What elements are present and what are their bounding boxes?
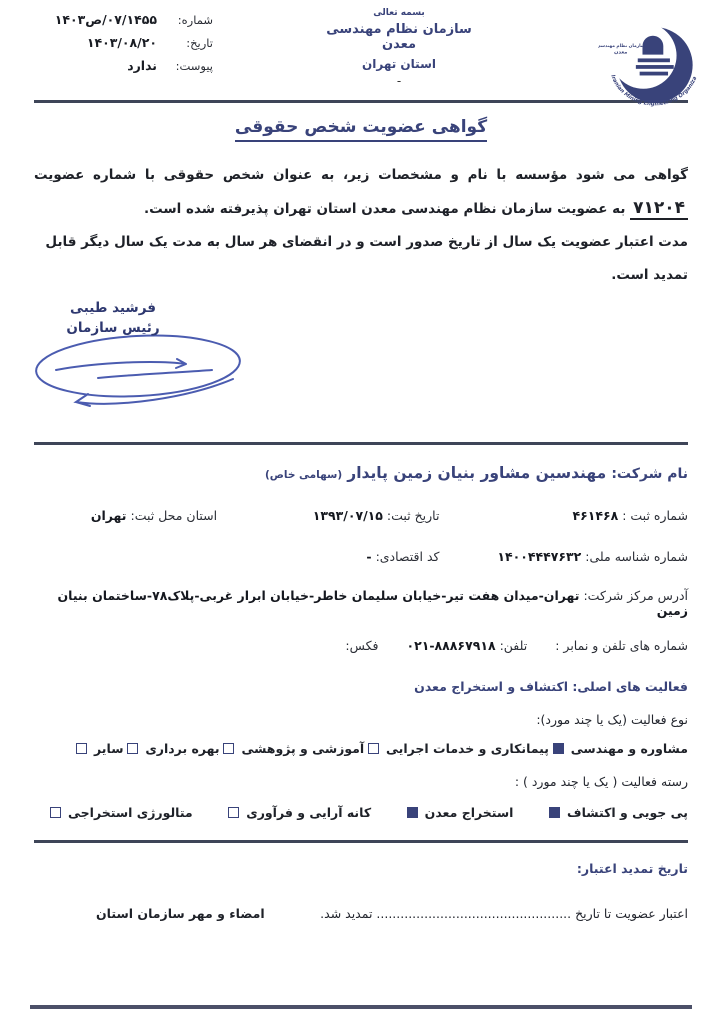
renewal-section: تاریخ تمدید اعتبار: اعتبار عضویت تا تاری… — [0, 861, 722, 921]
signature-block: فرشید طیبی رئیس سازمان — [28, 298, 258, 338]
checkbox-icon[interactable] — [407, 807, 418, 818]
fax-label: فکس: — [345, 638, 378, 653]
national-id-row: شماره شناسه ملی: ۱۴۰۰۴۴۴۷۶۳۲ کد اقتصادی:… — [34, 549, 688, 564]
phones-row: شماره های تلفن و نمابر : تلفن: ۸۸۸۶۷۹۱۸-… — [34, 638, 688, 653]
company-name-row: نام شرکت: مهندسین مشاور بنیان زمین پایدا… — [34, 463, 688, 482]
option-exploitation[interactable]: بهره برداری — [127, 741, 219, 756]
registration-date-value: ۱۳۹۳/۰۷/۱۵ — [313, 508, 383, 523]
logo-fa-text-line1: سازمان نظام مهندسی — [598, 44, 645, 49]
signatory: فرشید طیبی رئیس سازمان — [28, 298, 258, 338]
renewal-rule — [34, 840, 688, 843]
registration-date-field: تاریخ ثبت: ۱۳۹۳/۰۷/۱۵ — [217, 508, 439, 523]
option-education-research[interactable]: آموزشی و پژوهشی — [223, 741, 364, 756]
org-header: بسمه تعالی سازمان نظام مهندسی معدن استان… — [314, 8, 484, 88]
company-type: (سهامی خاص) — [265, 469, 342, 481]
letter-number-label: شماره: — [157, 13, 213, 27]
validity-sentence: مدت اعتبار عضویت یک سال از تاریخ صدور اس… — [34, 226, 688, 292]
renewal-sign-stamp-label: امضاء و مهر سازمان استان — [96, 906, 265, 921]
national-id-value: ۱۴۰۰۴۴۴۷۶۳۲ — [497, 549, 581, 564]
checkbox-icon[interactable] — [76, 743, 87, 754]
intro-part1: گواهی می شود مؤسسه با نام و مشخصات زیر، … — [34, 167, 688, 183]
signatory-name: فرشید طیبی — [28, 298, 198, 318]
checkbox-icon[interactable] — [228, 807, 239, 818]
signatory-role: رئیس سازمان — [28, 318, 198, 338]
registration-row: شماره ثبت : ۴۶۱۴۶۸ تاریخ ثبت: ۱۳۹۳/۰۷/۱۵… — [34, 508, 688, 523]
letter-date-row: تاریخ: ۱۴۰۳/۰۸/۲۰ — [38, 35, 213, 50]
checkbox-icon[interactable] — [368, 743, 379, 754]
checkbox-icon[interactable] — [549, 807, 560, 818]
renewal-row: اعتبار عضویت تا تاریخ ..................… — [34, 906, 688, 921]
economic-code-field: کد اقتصادی: - — [217, 549, 439, 564]
intro-part2: به عضویت سازمان نظام مهندسی معدن استان ت… — [144, 201, 625, 217]
registration-number-field: شماره ثبت : ۴۶۱۴۶۸ — [439, 508, 688, 523]
org-province: استان تهران — [314, 57, 484, 71]
registration-province-field: استان محل ثبت: تهران — [34, 508, 217, 523]
letter-attachment-value: ندارد — [127, 58, 157, 73]
bottom-rule — [30, 1005, 692, 1009]
option-mineral-processing[interactable]: کانه آرایی و فرآوری — [228, 805, 371, 820]
company-section: نام شرکت: مهندسین مشاور بنیان زمین پایدا… — [0, 463, 722, 840]
letter-date-label: تاریخ: — [157, 36, 213, 50]
checkbox-icon[interactable] — [127, 743, 138, 754]
national-id-field: شماره شناسه ملی: ۱۴۰۰۴۴۴۷۶۳۲ — [439, 549, 688, 564]
option-extractive-metallurgy[interactable]: متالورژی استخراجی — [50, 805, 193, 820]
document-title: گواهی عضویت شخص حقوقی — [235, 117, 487, 142]
org-name: سازمان نظام مهندسی معدن — [314, 22, 484, 52]
logo-fa-text-line2: معدن — [614, 50, 627, 56]
phones-label: شماره های تلفن و نمابر : — [555, 638, 688, 653]
registration-number-value: ۴۶۱۴۶۸ — [572, 508, 618, 523]
activity-type-label: نوع فعالیت (یک یا چند مورد): — [34, 712, 688, 727]
option-prospecting-exploration[interactable]: پی جویی و اکتشاف — [549, 805, 688, 820]
phone-value: ۸۸۸۶۷۹۱۸-۰۲۱ — [406, 638, 495, 653]
address-label: آدرس مرکز شرکت: — [583, 588, 688, 603]
checkbox-icon[interactable] — [223, 743, 234, 754]
renewal-heading: تاریخ تمدید اعتبار: — [34, 861, 688, 876]
option-consulting-engineering[interactable]: مشاوره و مهندسی — [553, 741, 688, 756]
main-activities-value: اکتشاف و استخراج معدن — [414, 679, 568, 694]
registration-province-value: تهران — [91, 508, 127, 523]
company-name-label: نام شرکت: — [611, 466, 688, 482]
certificate-page: شماره: ۰۷/۱۴۵۵/ص۱۴۰۳ تاریخ: ۱۴۰۳/۰۸/۲۰ پ… — [0, 0, 722, 1024]
letterhead: شماره: ۰۷/۱۴۵۵/ص۱۴۰۳ تاریخ: ۱۴۰۳/۰۸/۲۰ پ… — [0, 0, 722, 100]
header-dash: - — [314, 74, 484, 88]
phone-field: تلفن: ۸۸۸۶۷۹۱۸-۰۲۱ — [406, 638, 527, 653]
option-mine-extraction[interactable]: استخراج معدن — [407, 805, 514, 820]
main-activities-heading: فعالیت های اصلی: اکتشاف و استخراج معدن — [34, 679, 688, 694]
certification-paragraph: گواهی می شود مؤسسه با نام و مشخصات زیر، … — [34, 159, 688, 292]
economic-code-value: - — [366, 549, 371, 564]
activity-category-options: پی جویی و اکتشاف استخراج معدن کانه آرایی… — [34, 805, 688, 820]
letter-number-row: شماره: ۰۷/۱۴۵۵/ص۱۴۰۳ — [38, 12, 213, 27]
renewal-fill-line[interactable]: اعتبار عضویت تا تاریخ ..................… — [320, 906, 688, 921]
address-row: آدرس مرکز شرکت: تهران-میدان هفت تیر-خیاب… — [34, 588, 688, 618]
letter-date-value: ۱۴۰۳/۰۸/۲۰ — [87, 35, 157, 50]
signature-zone: فرشید طیبی رئیس سازمان — [0, 292, 722, 442]
letter-number-value: ۰۷/۱۴۵۵/ص۱۴۰۳ — [55, 12, 157, 27]
checkbox-icon[interactable] — [553, 743, 564, 754]
letter-attachment-label: پیوست: — [157, 59, 213, 73]
activity-type-options: مشاوره و مهندسی پیمانکاری و خدمات اجرایی… — [34, 741, 688, 756]
company-name: مهندسین مشاور بنیان زمین پایدار — [347, 464, 606, 482]
activity-category-label: رسته فعالیت ( یک یا چند مورد ) : — [34, 774, 688, 789]
section-rule — [34, 442, 688, 445]
option-contracting-services[interactable]: پیمانکاری و خدمات اجرایی — [368, 741, 549, 756]
letter-attachment-row: پیوست: ندارد — [38, 58, 213, 73]
option-other[interactable]: سایر — [76, 741, 123, 756]
bismillah-text: بسمه تعالی — [314, 8, 484, 18]
checkbox-icon[interactable] — [50, 807, 61, 818]
membership-number: ۷۱۲۰۴ — [630, 198, 688, 220]
certification-sentence: گواهی می شود مؤسسه با نام و مشخصات زیر، … — [34, 159, 688, 226]
letter-meta: شماره: ۰۷/۱۴۵۵/ص۱۴۰۳ تاریخ: ۱۴۰۳/۰۸/۲۰ پ… — [38, 12, 213, 81]
header-rule — [34, 100, 688, 103]
handwritten-signature-icon — [28, 324, 253, 434]
document-title-row: گواهی عضویت شخص حقوقی — [0, 117, 722, 137]
mining-organization-logo-icon: سازمان نظام مهندسی معدن Iranian Mining E… — [598, 20, 704, 112]
